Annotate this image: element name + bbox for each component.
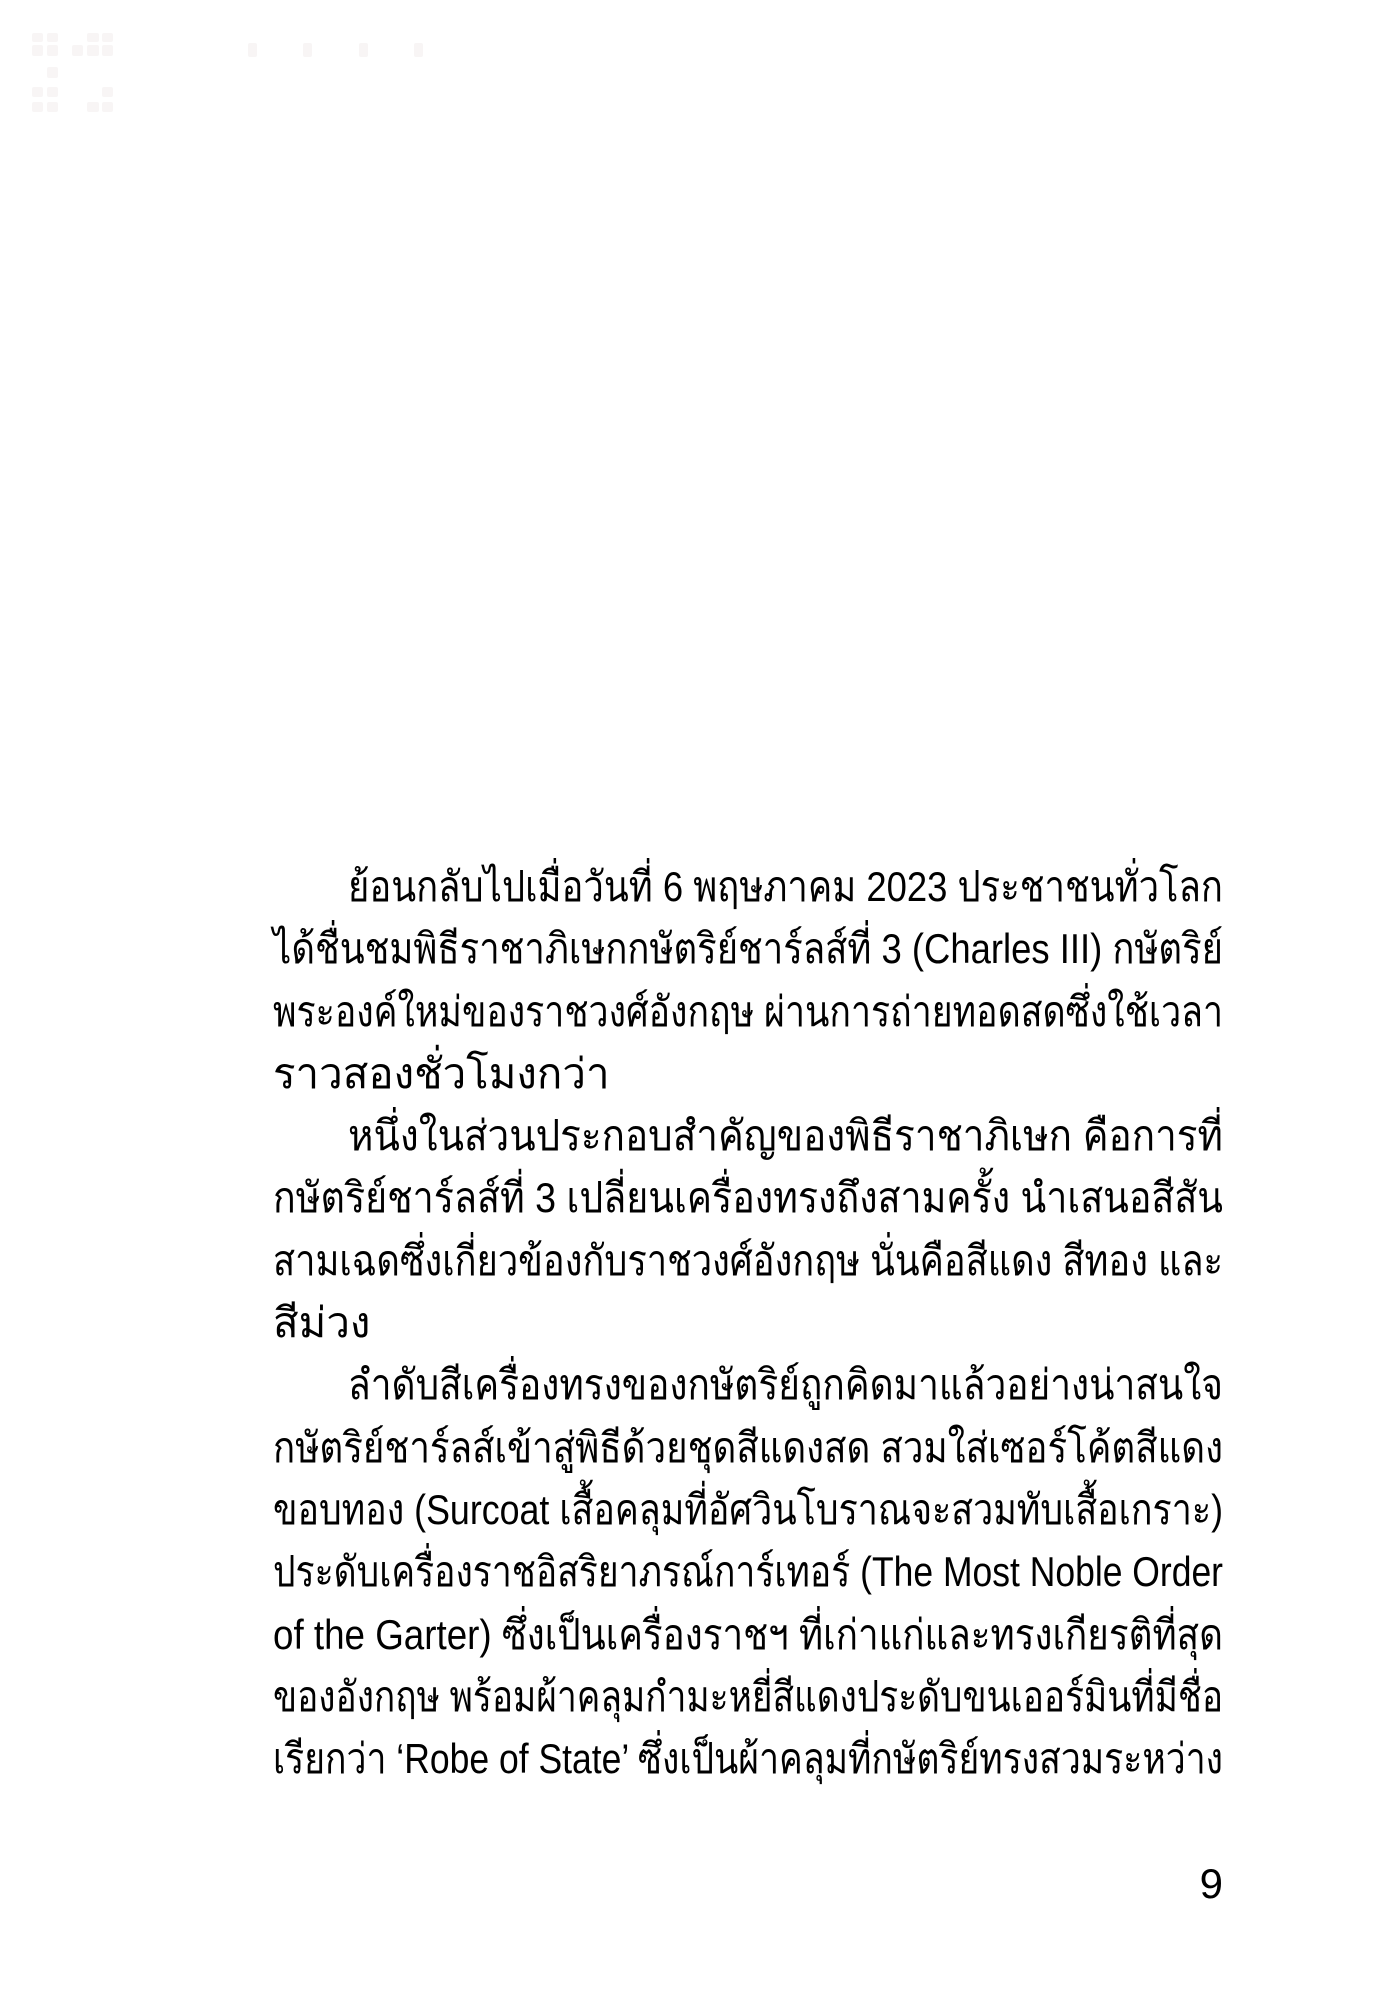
body-text-line-content: หนึ่งในส่วนประกอบสำคัญของพิธีราชาภิเษก ค… [348,1105,1223,1167]
watermark-mark [32,45,43,56]
body-text-line-content: เรียกว่า ‘Robe of State’ ซึ่งเป็นผ้าคลุม… [273,1728,1223,1790]
body-text-line: ย้อนกลับไปเมื่อวันที่ 6 พฤษภาคม 2023 ประ… [273,856,1223,918]
body-text-line-content: ย้อนกลับไปเมื่อวันที่ 6 พฤษภาคม 2023 ประ… [348,856,1223,918]
body-text-line: เรียกว่า ‘Robe of State’ ซึ่งเป็นผ้าคลุม… [273,1728,1223,1790]
watermark-mark [32,33,43,42]
watermark-mark [47,33,58,42]
body-text-line: หนึ่งในส่วนประกอบสำคัญของพิธีราชาภิเษก ค… [273,1105,1223,1167]
watermark-mark [414,43,423,57]
watermark-mark [87,45,99,56]
body-text-line-content: ราวสองชั่วโมงกว่า [273,1043,610,1105]
watermark-mark [102,45,113,56]
watermark-mark [47,67,58,78]
watermark-mark [32,87,43,97]
body-text-line: ของอังกฤษ พร้อมผ้าคลุมกำมะหยี่สีแดงประดั… [273,1666,1223,1728]
body-text-line: สีม่วง [273,1292,1223,1354]
body-text-line: ขอบทอง (Surcoat เสื้อคลุมที่อัศวินโบราณจ… [273,1479,1223,1541]
body-text-line-content: สีม่วง [273,1292,370,1354]
watermark-mark [47,102,58,112]
watermark-mark [102,33,113,42]
page-number: 9 [1200,1853,1223,1915]
watermark-mark [248,43,257,57]
body-text-line-content: กษัตริย์ชาร์ลส์เข้าสู่พิธีด้วยชุดสีแดงสด… [273,1417,1223,1479]
faint-watermark [0,0,460,140]
watermark-mark [47,87,58,97]
body-text-line: ราวสองชั่วโมงกว่า [273,1043,1223,1105]
watermark-mark [32,102,43,112]
body-text-line: ลำดับสีเครื่องทรงของกษัตริย์ถูกคิดมาแล้ว… [273,1354,1223,1416]
watermark-mark [359,43,368,57]
watermark-mark [87,102,99,112]
body-text-line-content: ของอังกฤษ พร้อมผ้าคลุมกำมะหยี่สีแดงประดั… [273,1666,1223,1728]
body-text-line: สามเฉดซึ่งเกี่ยวข้องกับราชวงศ์อังกฤษ นั่… [273,1230,1223,1292]
body-text-line: ประดับเครื่องราชอิสริยาภรณ์การ์เทอร์ (Th… [273,1541,1223,1603]
watermark-mark [303,43,312,57]
body-text-line: กษัตริย์ชาร์ลส์เข้าสู่พิธีด้วยชุดสีแดงสด… [273,1417,1223,1479]
watermark-mark [47,45,58,56]
body-text-line: ได้ชื่นชมพิธีราชาภิเษกกษัตริย์ชาร์ลส์ที่… [273,918,1223,980]
body-text-line-content: of the Garter) ซึ่งเป็นเครื่องราชฯ ที่เก… [273,1604,1223,1666]
body-text-line-content: ลำดับสีเครื่องทรงของกษัตริย์ถูกคิดมาแล้ว… [348,1354,1223,1416]
body-text-line-content: กษัตริย์ชาร์ลส์ที่ 3 เปลี่ยนเครื่องทรงถึ… [273,1167,1223,1229]
body-text-line: พระองค์ใหม่ของราชวงศ์อังกฤษ ผ่านการถ่ายท… [273,981,1223,1043]
body-text-line-content: ได้ชื่นชมพิธีราชาภิเษกกษัตริย์ชาร์ลส์ที่… [273,918,1223,980]
body-text-line: of the Garter) ซึ่งเป็นเครื่องราชฯ ที่เก… [273,1604,1223,1666]
body-text: ย้อนกลับไปเมื่อวันที่ 6 พฤษภาคม 2023 ประ… [273,856,1223,1790]
watermark-mark [102,87,113,97]
watermark-mark [87,33,99,42]
watermark-mark [102,102,113,112]
body-text-line-content: ขอบทอง (Surcoat เสื้อคลุมที่อัศวินโบราณจ… [273,1479,1223,1541]
body-text-line-content: สามเฉดซึ่งเกี่ยวข้องกับราชวงศ์อังกฤษ นั่… [273,1230,1223,1292]
book-page: ย้อนกลับไปเมื่อวันที่ 6 พฤษภาคม 2023 ประ… [0,0,1400,2016]
body-text-line-content: ประดับเครื่องราชอิสริยาภรณ์การ์เทอร์ (Th… [273,1541,1223,1603]
body-text-line-content: พระองค์ใหม่ของราชวงศ์อังกฤษ ผ่านการถ่ายท… [273,981,1223,1043]
watermark-mark [72,45,83,56]
body-text-line: กษัตริย์ชาร์ลส์ที่ 3 เปลี่ยนเครื่องทรงถึ… [273,1167,1223,1229]
